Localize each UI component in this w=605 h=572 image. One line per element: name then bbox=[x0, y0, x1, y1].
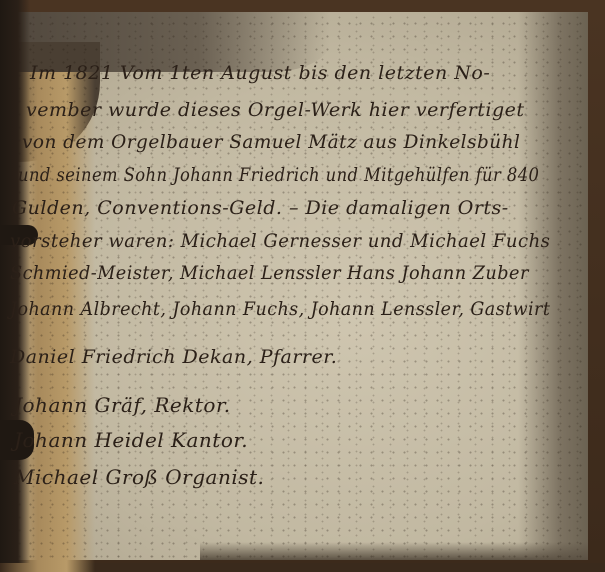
manuscript-line: Johann Albrecht, Johann Fuchs, Johann Le… bbox=[10, 298, 550, 320]
manuscript-line: Daniel Friedrich Dekan, Pfarrer. bbox=[10, 346, 337, 368]
manuscript-line: vember wurde dieses Orgel-Werk hier verf… bbox=[26, 99, 525, 121]
manuscript-line: vorsteher waren: Michael Gernesser und M… bbox=[10, 230, 550, 252]
manuscript-line: und seinem Sohn Johann Friedrich und Mit… bbox=[18, 164, 539, 186]
manuscript-line: Im 1821 Vom 1ten August bis den letzten … bbox=[30, 62, 490, 84]
signature-line: Michael Groß Organist. bbox=[14, 465, 264, 489]
signature-line: Johann Heidel Kantor. bbox=[14, 428, 248, 452]
manuscript-line: Gulden, Conventions-Geld. – Die damalige… bbox=[12, 197, 509, 219]
signature-line: Johann Gräf, Rektor. bbox=[14, 393, 231, 417]
manuscript-line: von dem Orgelbauer Samuel Mätz aus Dinke… bbox=[22, 131, 520, 153]
manuscript-line: Schmied-Meister, Michael Lenssler Hans J… bbox=[10, 262, 529, 284]
manuscript-text: Im 1821 Vom 1ten August bis den letzten … bbox=[0, 0, 605, 563]
